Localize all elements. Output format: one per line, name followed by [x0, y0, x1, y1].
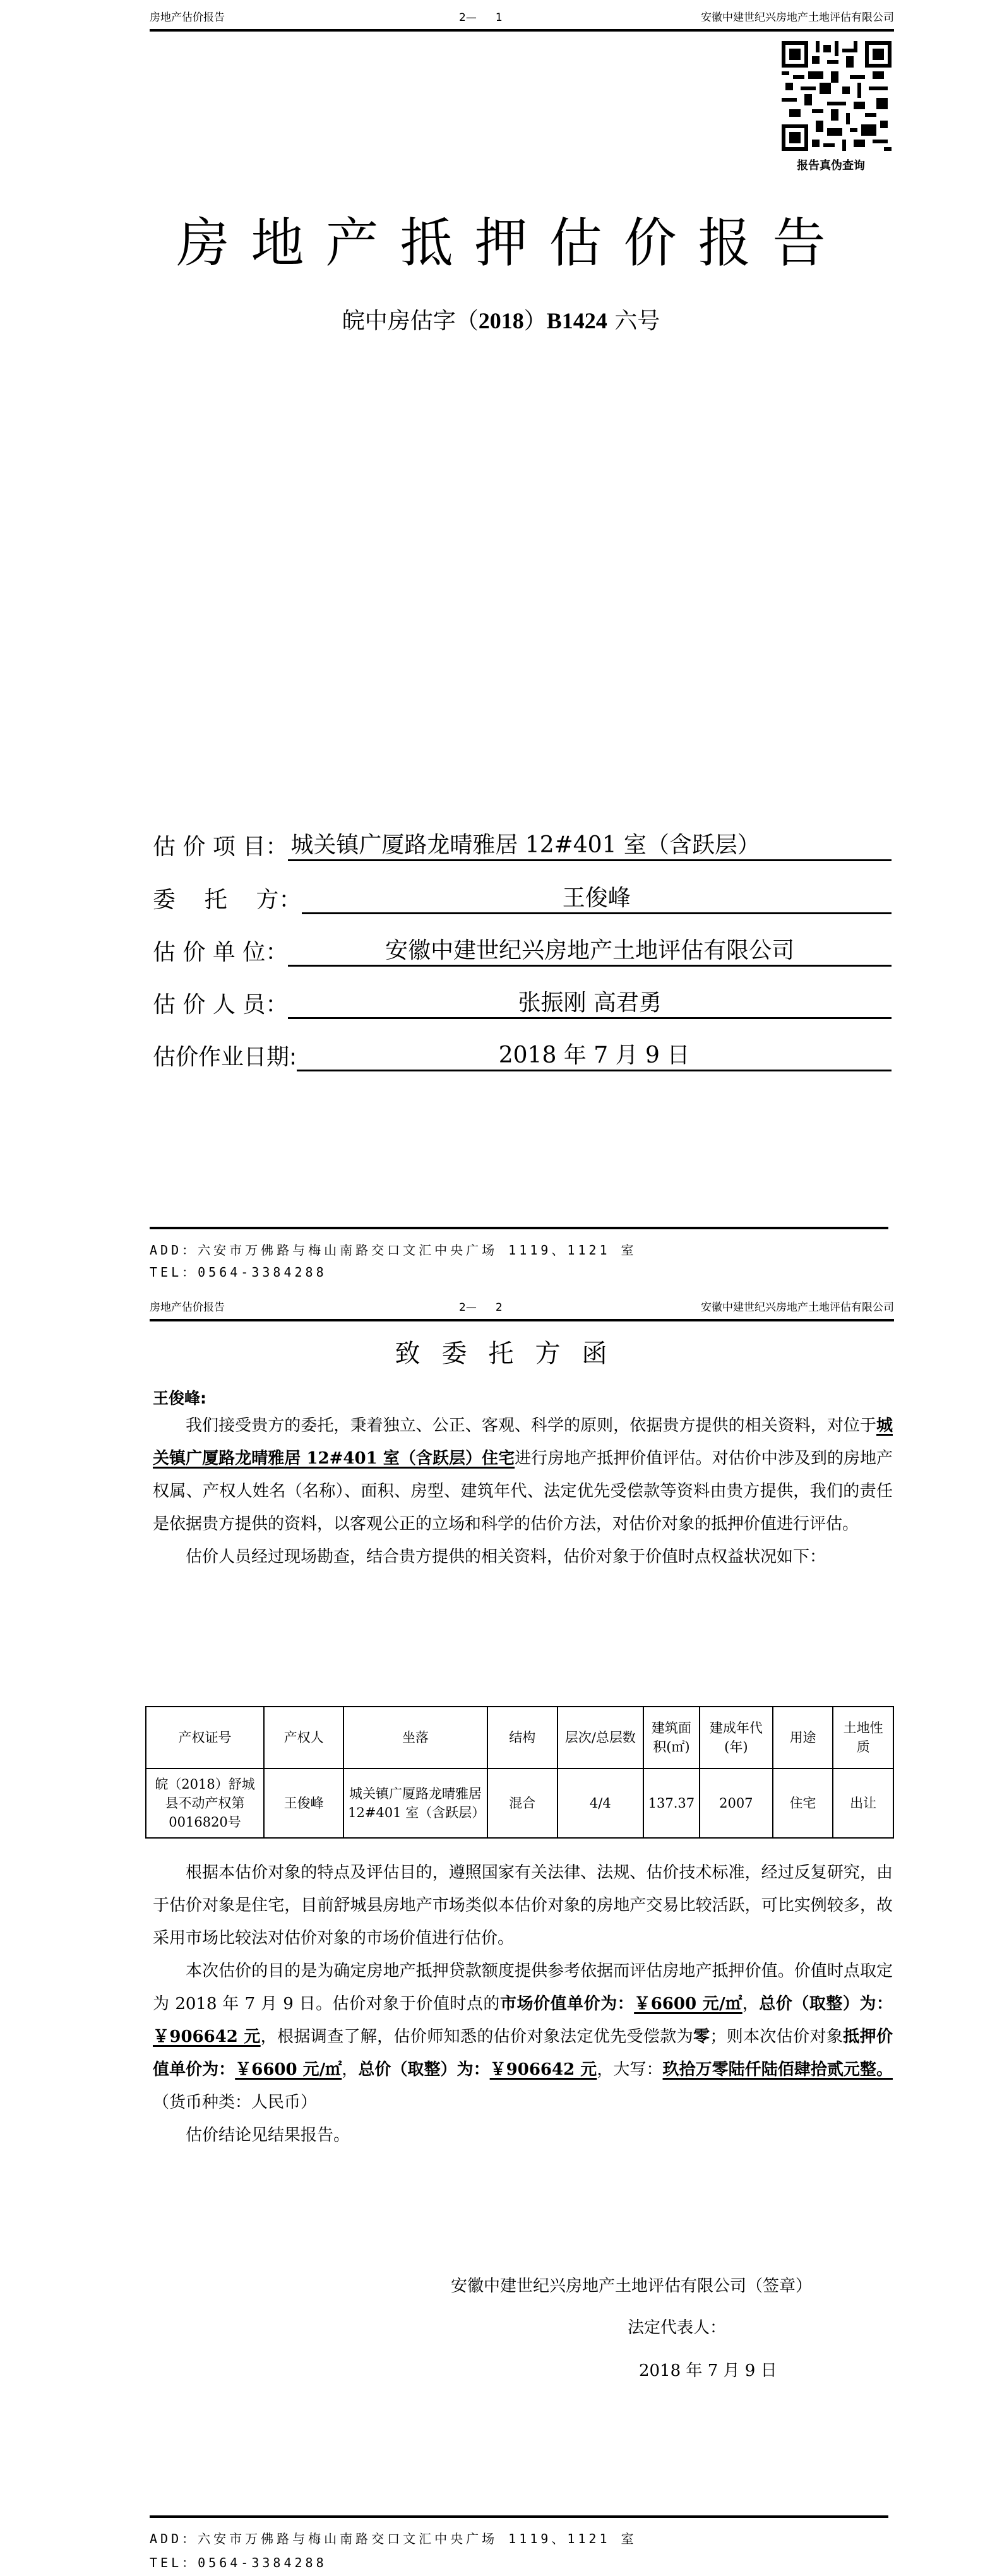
text-segment: ，	[342, 2060, 358, 2079]
report-number: 皖中房估字（2018）B1424 六号	[0, 303, 1002, 335]
signature-company: 安徽中建世纪兴房地产土地评估有限公司（签章）	[451, 2273, 812, 2296]
form-value-date: 2018 年 7 月 9 日	[297, 1042, 892, 1071]
table-cell-land-type: 出让	[833, 1768, 893, 1838]
header-company: 安徽中建世纪兴房地产土地评估有限公司	[701, 8, 894, 24]
form-row-project: 估 价 项 目： 城关镇广厦路龙晴雅居 12#401 室（含跃层）	[153, 831, 892, 861]
paragraph-see-result: 估价结论见结果报告。	[153, 2119, 893, 2152]
market-unit-price: ￥6600 元/㎡	[634, 1995, 743, 2013]
table-cell-owner: 王俊峰	[264, 1768, 343, 1838]
page1-footer-tel: TEL：0564-3384288	[150, 1262, 327, 1280]
page-prefix: 2—	[459, 11, 477, 24]
header-doc-type: 房地产估价报告	[150, 8, 225, 24]
header-page-number: 2—1	[459, 11, 503, 24]
qr-verify-label: 报告真伪查询	[797, 157, 865, 173]
page2-running-header: 房地产估价报告 2—2 安徽中建世纪兴房地产土地评估有限公司	[150, 1290, 894, 1321]
page-prefix: 2—	[459, 1301, 477, 1314]
mortgage-total-price: ￥906642 元	[490, 2060, 597, 2079]
property-rights-table: 产权证号 产权人 坐落 结构 层次/总层数 建筑面积(㎡) 建成年代(年) 用途…	[145, 1706, 894, 1839]
report-number-prefix: 皖中房估字（	[342, 308, 479, 334]
table-header-cell: 产权人	[264, 1707, 343, 1768]
letter-salutation: 王俊峰:	[153, 1386, 206, 1409]
mortgage-unit-price: ￥6600 元/㎡	[235, 2060, 342, 2079]
table-header-cell: 结构	[487, 1707, 558, 1768]
table-cell-area: 137.37	[643, 1768, 700, 1838]
table-cell-cert-no: 皖（2018）舒城县不动产权第0016820号	[146, 1768, 264, 1838]
report-title: 房地产抵押估价报告	[0, 201, 1002, 277]
page2-footer-address: ADD：六安市万佛路与梅山南路交口文汇中央广场 1119、1121 室	[150, 2529, 637, 2547]
header-doc-type: 房地产估价报告	[150, 1298, 225, 1314]
currency-note: （货币种类：人民币）	[153, 2093, 317, 2112]
page1-footer-address: ADD：六安市万佛路与梅山南路交口文汇中央广场 1119、1121 室	[150, 1240, 637, 1258]
form-row-appraisers: 估 价 人 员： 张振刚 高君勇	[153, 989, 892, 1019]
paragraph-valuation: 本次估价的目的是为确定房地产抵押贷款额度提供参考依据而评估房地产抵押价值。价值时…	[153, 1955, 893, 2119]
header-company: 安徽中建世纪兴房地产土地评估有限公司	[701, 1298, 894, 1314]
signature-date: 2018 年 7 月 9 日	[639, 2358, 777, 2381]
table-row: 皖（2018）舒城县不动产权第0016820号 王俊峰 城关镇广厦路龙晴雅居 1…	[146, 1768, 893, 1838]
market-value-label: 市场价值单价为：	[500, 1995, 634, 2013]
signature-representative: 法定代表人：	[628, 2315, 726, 2338]
table-header-cell: 建成年代(年)	[700, 1707, 773, 1768]
total-price-label: 总价（取整）为：	[759, 1995, 893, 2013]
form-row-appraiser-org: 估 价 单 位： 安徽中建世纪兴房地产土地评估有限公司	[153, 936, 892, 967]
text-segment: ，	[743, 1995, 760, 2013]
page1-footer-rule	[150, 1227, 888, 1229]
paragraph-engagement: 我们接受贵方的委托，秉着独立、公正、客观、科学的原则，依据贵方提供的相关资料，对…	[153, 1409, 893, 1541]
form-label-project: 估 价 项 目：	[153, 829, 288, 861]
amount-in-words: 玖拾万零陆仟陆佰肆拾贰元整。	[663, 2060, 893, 2079]
header-page-number: 2—2	[459, 1301, 503, 1314]
page2-footer-rule	[150, 2515, 888, 2518]
letter-title: 致委托方函	[0, 1333, 1002, 1369]
letter-body-conclusion: 根据本估价对象的特点及评估目的，遵照国家有关法律、法规、估价技术标准，经过反复研…	[153, 1856, 893, 2152]
table-cell-floors: 4/4	[558, 1768, 643, 1838]
report-number-year: 2018	[479, 308, 524, 333]
form-value-project: 城关镇广厦路龙晴雅居 12#401 室（含跃层）	[288, 832, 892, 861]
report-number-mid: ）	[524, 308, 547, 334]
priority-claim-value: 零	[693, 2027, 710, 2046]
table-header-cell: 用途	[773, 1707, 833, 1768]
table-header-cell: 层次/总层数	[558, 1707, 643, 1768]
report-number-code: B1424	[547, 308, 607, 333]
table-cell-structure: 混合	[487, 1768, 558, 1838]
text-segment: ；则本次估价对象	[710, 2027, 843, 2046]
text-segment: ，根据调查了解，估价师知悉的估价对象法定优先受偿款为	[261, 2027, 693, 2046]
table-cell-usage: 住宅	[773, 1768, 833, 1838]
total-price-label: 总价（取整）为：	[358, 2060, 489, 2079]
table-header-row: 产权证号 产权人 坐落 结构 层次/总层数 建筑面积(㎡) 建成年代(年) 用途…	[146, 1707, 893, 1768]
form-label-appraisers: 估 价 人 员：	[153, 987, 288, 1019]
form-value-appraisers: 张振刚 高君勇	[288, 989, 892, 1019]
text-segment: ，大写：	[597, 2060, 662, 2079]
report-number-suffix: 六号	[607, 308, 660, 334]
paragraph-survey: 估价人员经过现场勘查，结合贵方提供的相关资料，估价对象于价值时点权益状况如下：	[153, 1541, 893, 1573]
qr-code-icon[interactable]	[782, 41, 892, 151]
table-header-cell: 坐落	[343, 1707, 487, 1768]
table-header-cell: 土地性质	[833, 1707, 893, 1768]
page-number: 2	[496, 1301, 503, 1314]
table-header-cell: 建筑面积(㎡)	[643, 1707, 700, 1768]
table-cell-year-built: 2007	[700, 1768, 773, 1838]
form-row-client: 委 托 方： 王俊峰	[153, 884, 892, 914]
form-value-client: 王俊峰	[302, 885, 892, 914]
form-value-appraiser-org: 安徽中建世纪兴房地产土地评估有限公司	[288, 937, 892, 967]
form-label-date: 估价作业日期:	[153, 1039, 297, 1071]
form-row-date: 估价作业日期: 2018 年 7 月 9 日	[153, 1041, 892, 1071]
table-cell-location: 城关镇广厦路龙晴雅居 12#401 室（含跃层）	[343, 1768, 487, 1838]
text-segment: 我们接受贵方的委托，秉着独立、公正、客观、科学的原则，依据贵方提供的相关资料，对…	[186, 1416, 876, 1435]
form-label-client: 委 托 方：	[153, 882, 302, 914]
form-label-appraiser-org: 估 价 单 位：	[153, 934, 288, 967]
letter-body-intro: 我们接受贵方的委托，秉着独立、公正、客观、科学的原则，依据贵方提供的相关资料，对…	[153, 1409, 893, 1573]
page-number: 1	[496, 11, 503, 24]
page1-running-header: 房地产估价报告 2—1 安徽中建世纪兴房地产土地评估有限公司	[150, 0, 894, 32]
table-header-cell: 产权证号	[146, 1707, 264, 1768]
paragraph-method: 根据本估价对象的特点及评估目的，遵照国家有关法律、法规、估价技术标准，经过反复研…	[153, 1856, 893, 1955]
market-total-price: ￥906642 元	[153, 2027, 261, 2046]
page2-footer-tel: TEL：0564-3384288	[150, 2553, 327, 2571]
